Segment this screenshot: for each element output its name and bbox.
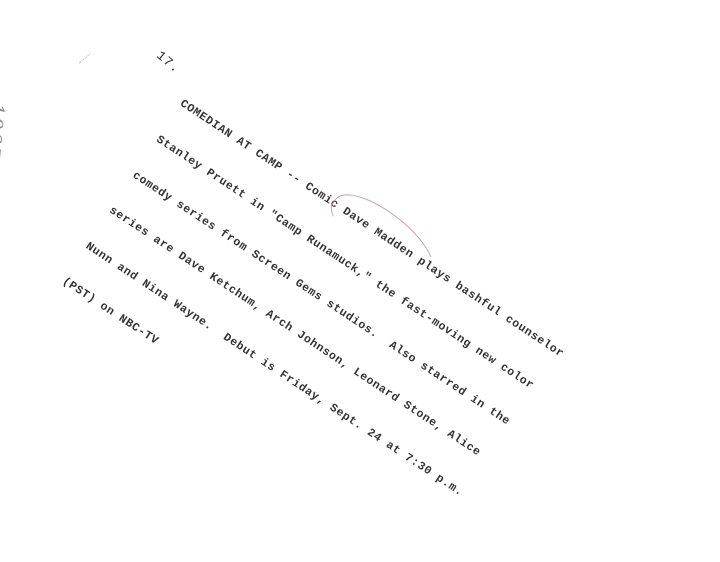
caption-line: comedy series from Screen Gems studios. … [129, 169, 518, 433]
caption-line: (PST) on NBC-TV [59, 275, 448, 539]
pencil-mark [79, 54, 91, 65]
photo-caption-sheet: 1965 17. COMEDIAN AT CAMP -- Comic Dave … [0, 0, 720, 562]
typed-caption: COMEDIAN AT CAMP -- Comic Dave Madden pl… [43, 74, 581, 562]
caption-line: Stanley Pruett in "Camp Runamuck," the f… [153, 133, 542, 397]
caption-line: series are Dave Ketchum, Arch Johnson, L… [106, 204, 495, 468]
item-number: 17. [153, 48, 183, 76]
handwritten-year-note: 1965 [0, 102, 8, 160]
